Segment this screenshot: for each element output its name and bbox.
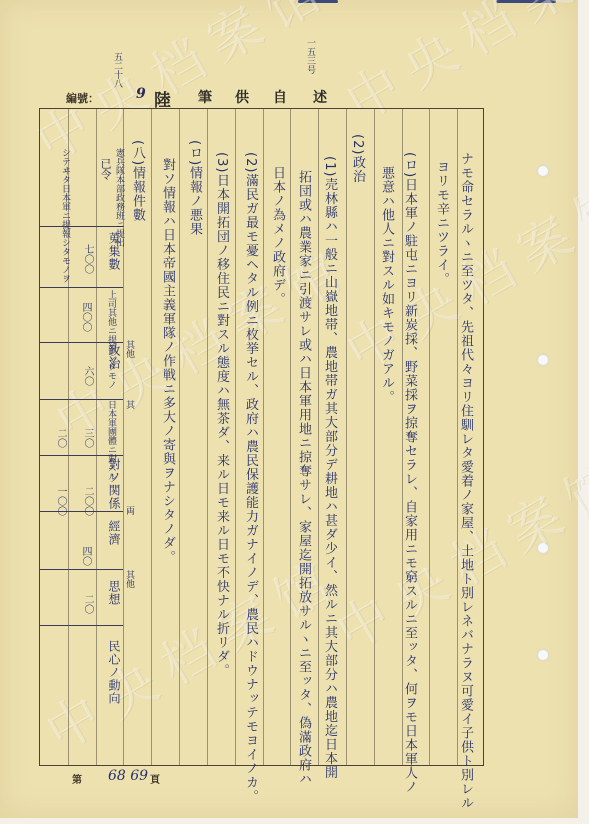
table-value: 二〇〇 [80, 486, 95, 516]
page-edge-bottom [0, 818, 589, 824]
table-annotation: 其他 [124, 570, 134, 588]
table-row-label: 上司其他ニ提報シタモノ [106, 290, 116, 389]
text-column: (1)売林縣ハ一般ニ山嶽地帯、農地帯ガ其大部分デ耕地ハ甚ダ少イ、然ルニ其大部分ハ… [322, 156, 337, 779]
table-row-divider [40, 287, 123, 288]
page-number: 68 69 [108, 768, 148, 784]
table-value: 二〇 [53, 428, 68, 448]
section-heading: (八)情報件數 [130, 140, 145, 222]
text-column: 悪意ハ他人ニ對スル如キモノガアル。 [379, 166, 394, 404]
table-row-label: 政治 [106, 344, 121, 370]
table-value: 六〇 [80, 366, 95, 386]
text-column: 對ソ情報ハ日本帝國主義軍隊ノ作戦ニ多大ノ寄與ヲナシタノダ。 [160, 158, 175, 564]
table-row-divider [40, 569, 123, 570]
text-column: (ロ)日本軍ノ駐屯ニヨリ新炭採、野菜採ヲ掠奪セラレ、自家用ニモ窮スルニ至ッタ、何… [402, 152, 417, 794]
title-char: 述 [313, 87, 327, 107]
table-row-label: 對ソ関係 [106, 458, 121, 510]
grid-rule [429, 109, 430, 765]
grid-rule [346, 109, 347, 765]
table-row-label: 蒐集數 [106, 232, 121, 271]
margin-note: 一五三号 [305, 38, 315, 74]
text-column: ナモ命セラルヽニ至ツタ、先祖代々ヨリ住馴レタ愛着ノ家屋、土地ト別レネバナラヌ可愛… [458, 152, 473, 810]
table-value: 三〇 [80, 428, 95, 448]
table-side-note: シテヰタ日本軍ニ提報シタモノヲ [60, 148, 70, 283]
table-row-label: 經濟 [106, 520, 121, 546]
table-row-divider [40, 625, 123, 626]
text-column: 拓団或ハ農業家ニ引渡サレ或ハ日本軍用地ニ掠奪サレ、家屋迄開拓放サルヽニ至ッタ、偽… [296, 170, 311, 786]
grid-rule [374, 109, 375, 765]
table-value: 二〇 [80, 594, 95, 614]
punch-hole [538, 543, 548, 553]
author-mark: 9 [136, 86, 146, 102]
table-value: 四〇 [78, 546, 93, 566]
title-char: 供 [235, 87, 249, 107]
table-row-label: 思想 [106, 580, 121, 606]
text-column: ヨリモ辛ニツライ。 [434, 160, 449, 286]
title-char: 自 [273, 87, 287, 107]
punch-hole [538, 355, 548, 365]
grid-rule [318, 109, 319, 765]
table-row-label: 民心ノ動向 [106, 640, 121, 705]
page-label-suffix: 頁 [150, 771, 160, 786]
file-number-label: 編號： [66, 90, 99, 106]
text-column: 日本ノ為メノ政府デ。 [270, 166, 285, 306]
form-header: 編號： 9 陸 筆 供 自 述 [0, 86, 578, 106]
margin-note: 五二十八 [112, 52, 122, 88]
page-edge [578, 0, 589, 824]
table-value: 一〇〇 [53, 486, 68, 516]
grid-rule [151, 109, 152, 765]
table-header-note: 已令 [100, 158, 110, 180]
binding-mark [298, 0, 338, 3]
table-row-divider [40, 226, 123, 227]
punch-hole [538, 166, 548, 176]
section-heading: (ロ)情報ノ悪果 [187, 140, 202, 236]
section-heading: (2)政治 [350, 134, 365, 183]
table-annotation: 両 [124, 506, 134, 515]
grid-rule [290, 109, 291, 765]
page-label-prefix: 第 [72, 771, 82, 786]
table-annotation: 其他 [124, 340, 134, 358]
text-column: (2)滿民ガ最モ憂ヘタル例ニ枚挙セル、政府ハ農民保護能力ガナイノデ、農民ハドウナ… [243, 152, 258, 803]
table-value: 四〇〇 [78, 302, 93, 332]
grid-rule [207, 109, 208, 765]
punch-hole [538, 650, 548, 660]
grid-rule [179, 109, 180, 765]
table-annotation: 其 [124, 400, 134, 409]
text-column: (3)日本開拓団ノ移住民ニ對スル態度ハ無茶ダ、来ル日モ来ル日モ不快ナル折リダ。 [214, 152, 229, 677]
grid-rule [96, 109, 97, 765]
table-value: 七〇〇 [80, 244, 95, 274]
grid-rule [235, 109, 236, 765]
binding-mark [496, 0, 556, 3]
grid-rule [263, 109, 264, 765]
title-char: 筆 [198, 87, 212, 107]
